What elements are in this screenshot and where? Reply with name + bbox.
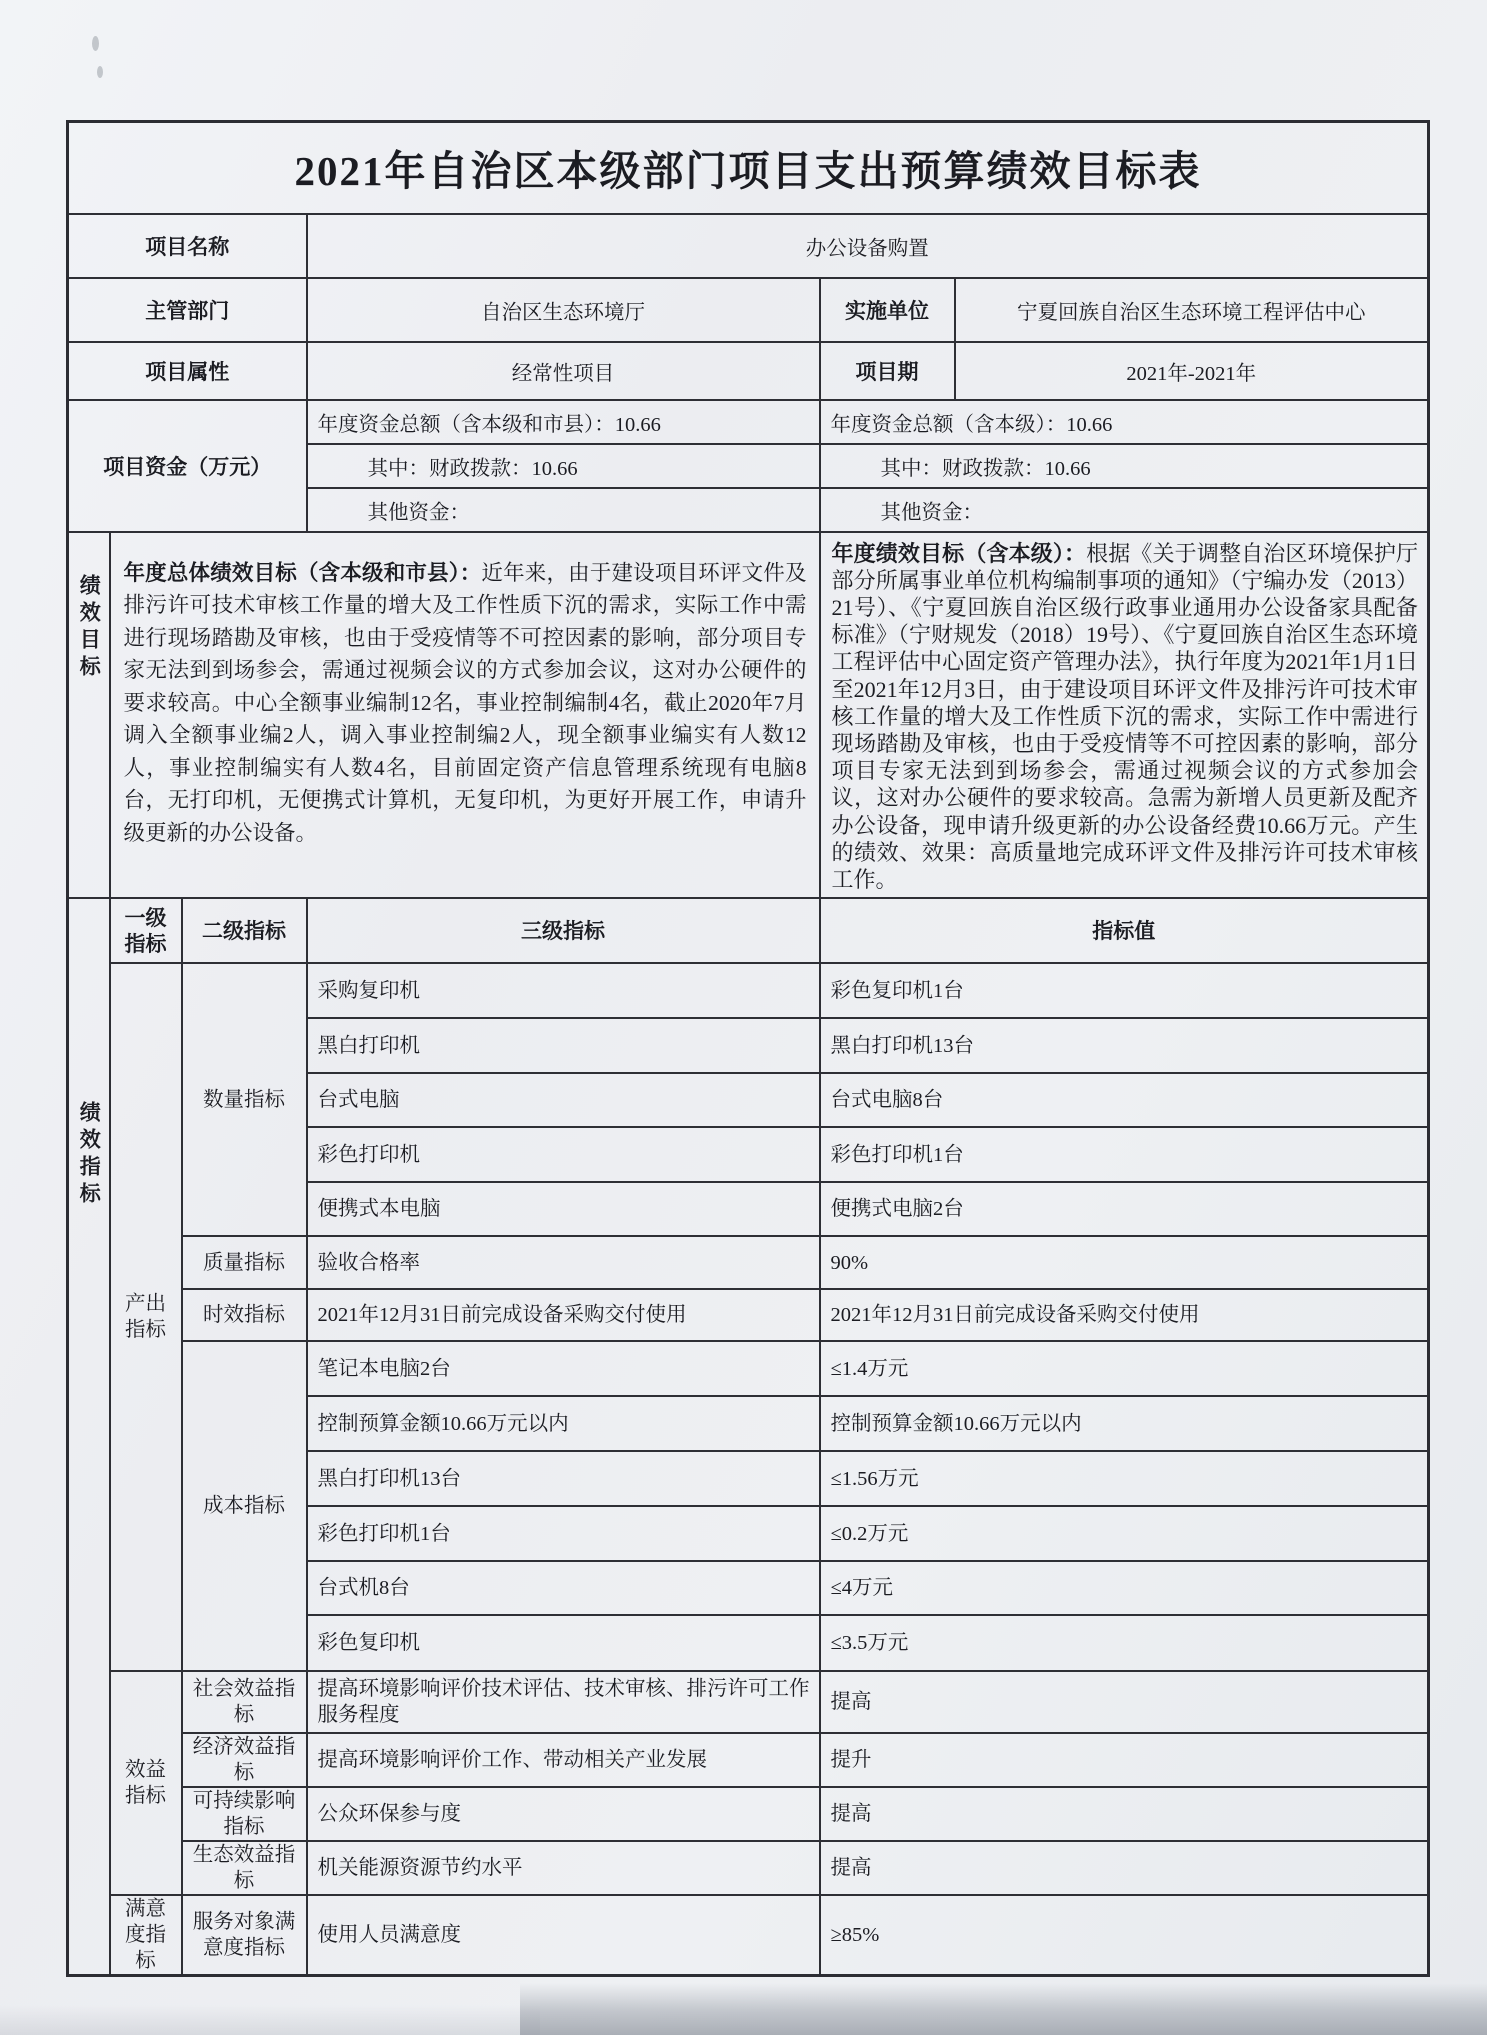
level2-quality: 质量指标 — [182, 1236, 307, 1289]
level2-sustainable: 可持续影响指标 — [182, 1787, 307, 1841]
scan-bottom-shadow — [520, 1983, 1487, 2035]
fund-left-other: 其他资金： — [307, 488, 820, 532]
goal-section-label: 绩效目标 — [68, 532, 110, 899]
indicator-value: 90% — [820, 1236, 1429, 1289]
indicator-l3: 笔记本电脑2台 — [307, 1341, 820, 1396]
indicator-l3: 机关能源资源节约水平 — [307, 1841, 820, 1895]
indicator-l3: 彩色打印机 — [307, 1127, 820, 1182]
impl-unit-label: 实施单位 — [820, 278, 955, 342]
indicator-l3: 彩色复印机 — [307, 1615, 820, 1671]
project-period-label: 项目期 — [820, 342, 955, 400]
indicator-value: ≤0.2万元 — [820, 1506, 1429, 1561]
dept-label: 主管部门 — [68, 278, 307, 342]
project-attr-label: 项目属性 — [68, 342, 307, 400]
level1-satisfaction: 满意度指标 — [110, 1895, 182, 1976]
fund-right-total: 年度资金总额（含本级）：10.66 — [820, 400, 1429, 444]
indicator-value: ≤3.5万元 — [820, 1615, 1429, 1671]
indicator-l3: 验收合格率 — [307, 1236, 820, 1289]
indicator-value: 便携式电脑2台 — [820, 1182, 1429, 1236]
indicator-value: 控制预算金额10.66万元以内 — [820, 1396, 1429, 1451]
table-row: 可持续影响指标 公众环保参与度 提高 — [68, 1787, 1429, 1841]
table-row: 满意度指标 服务对象满意度指标 使用人员满意度 ≥85% — [68, 1895, 1429, 1976]
level2-social: 社会效益指标 — [182, 1671, 307, 1733]
fund-left-appropriation: 其中：财政拨款：10.66 — [307, 444, 820, 488]
project-period-value: 2021年-2021年 — [955, 342, 1429, 400]
indicator-value: ≤1.4万元 — [820, 1341, 1429, 1396]
indicator-l3: 台式机8台 — [307, 1561, 820, 1615]
level2-service-satisfaction: 服务对象满意度指标 — [182, 1895, 307, 1976]
scan-artifact-speck — [97, 66, 103, 78]
annual-goal-text: 根据《关于调整自治区环境保护厅部分所属事业单位机构编制事项的通知》（宁编办发（2… — [832, 541, 1419, 892]
indicator-l3: 2021年12月31日前完成设备采购交付使用 — [307, 1289, 820, 1341]
overall-goal-text: 近年来，由于建设项目环评文件及排污许可技术审核工作量的增大及工作性质下沉的需求，… — [124, 561, 807, 845]
table-row: 时效指标 2021年12月31日前完成设备采购交付使用 2021年12月31日前… — [68, 1289, 1429, 1341]
overall-goal-lead: 年度总体绩效目标（含本级和市县）： — [124, 561, 482, 585]
document-title: 2021年自治区本级部门项目支出预算绩效目标表 — [68, 122, 1429, 214]
annual-goal-cell: 年度绩效目标（含本级）：根据《关于调整自治区环境保护厅部分所属事业单位机构编制事… — [820, 532, 1429, 899]
fund-right-other: 其他资金： — [820, 488, 1429, 532]
table-row: 经济效益指标 提高环境影响评价工作、带动相关产业发展 提升 — [68, 1733, 1429, 1787]
annual-goal-lead: 年度绩效目标（含本级）： — [832, 541, 1087, 566]
fund-label: 项目资金（万元） — [68, 400, 307, 532]
scanned-document-page: 2021年自治区本级部门项目支出预算绩效目标表 项目名称 办公设备购置 主管部门… — [0, 0, 1487, 2035]
indicator-l3: 台式电脑 — [307, 1073, 820, 1127]
header-value: 指标值 — [820, 898, 1429, 963]
indicator-l3: 便携式本电脑 — [307, 1182, 820, 1236]
fund-left-total: 年度资金总额（含本级和市县）：10.66 — [307, 400, 820, 444]
indicator-l3: 使用人员满意度 — [307, 1895, 820, 1976]
indicator-l3: 控制预算金额10.66万元以内 — [307, 1396, 820, 1451]
project-name-value: 办公设备购置 — [307, 214, 1429, 278]
indicator-value: ≥85% — [820, 1895, 1429, 1976]
indicator-section-label-text: 绩效指标 — [78, 1101, 99, 1209]
indicator-l3: 彩色打印机1台 — [307, 1506, 820, 1561]
indicator-value: 黑白打印机13台 — [820, 1018, 1429, 1073]
level2-economic: 经济效益指标 — [182, 1733, 307, 1787]
indicator-value: 提高 — [820, 1841, 1429, 1895]
indicator-value: 彩色打印机1台 — [820, 1127, 1429, 1182]
overall-goal-cell: 年度总体绩效目标（含本级和市县）：近年来，由于建设项目环评文件及排污许可技术审核… — [110, 532, 820, 899]
header-level3: 三级指标 — [307, 898, 820, 963]
table-row: 成本指标 笔记本电脑2台 ≤1.4万元 — [68, 1341, 1429, 1396]
level2-ecological: 生态效益指标 — [182, 1841, 307, 1895]
indicator-value: 提高 — [820, 1671, 1429, 1733]
indicator-l3: 采购复印机 — [307, 963, 820, 1018]
table-row: 质量指标 验收合格率 90% — [68, 1236, 1429, 1289]
indicator-value: ≤1.56万元 — [820, 1451, 1429, 1506]
table-row: 效益指标 社会效益指标 提高环境影响评价技术评估、技术审核、排污许可工作服务程度… — [68, 1671, 1429, 1733]
indicator-value: 2021年12月31日前完成设备采购交付使用 — [820, 1289, 1429, 1341]
performance-target-table: 2021年自治区本级部门项目支出预算绩效目标表 项目名称 办公设备购置 主管部门… — [66, 120, 1430, 1977]
level2-timeliness: 时效指标 — [182, 1289, 307, 1341]
dept-value: 自治区生态环境厅 — [307, 278, 820, 342]
level1-output: 产出指标 — [110, 963, 182, 1671]
level2-cost: 成本指标 — [182, 1341, 307, 1671]
indicator-value: 彩色复印机1台 — [820, 963, 1429, 1018]
header-level2: 二级指标 — [182, 898, 307, 963]
indicator-l3: 黑白打印机13台 — [307, 1451, 820, 1506]
indicator-l3: 黑白打印机 — [307, 1018, 820, 1073]
fund-right-appropriation: 其中：财政拨款：10.66 — [820, 444, 1429, 488]
header-level1: 一级指标 — [110, 898, 182, 963]
project-attr-value: 经常性项目 — [307, 342, 820, 400]
scan-bottom-shadow-left — [0, 2005, 540, 2035]
indicator-value: 提升 — [820, 1733, 1429, 1787]
indicator-value: ≤4万元 — [820, 1561, 1429, 1615]
indicator-value: 提高 — [820, 1787, 1429, 1841]
indicator-l3: 公众环保参与度 — [307, 1787, 820, 1841]
impl-unit-value: 宁夏回族自治区生态环境工程评估中心 — [955, 278, 1429, 342]
project-name-label: 项目名称 — [68, 214, 307, 278]
indicator-l3: 提高环境影响评价技术评估、技术审核、排污许可工作服务程度 — [307, 1671, 820, 1733]
goal-section-label-text: 绩效目标 — [78, 574, 99, 682]
indicator-value: 台式电脑8台 — [820, 1073, 1429, 1127]
table-row: 产出指标 数量指标 采购复印机 彩色复印机1台 — [68, 963, 1429, 1018]
level2-quantity: 数量指标 — [182, 963, 307, 1236]
scan-artifact-speck — [92, 36, 99, 51]
table-row: 生态效益指标 机关能源资源节约水平 提高 — [68, 1841, 1429, 1895]
indicator-l3: 提高环境影响评价工作、带动相关产业发展 — [307, 1733, 820, 1787]
indicator-section-label: 绩效指标 — [68, 898, 110, 1976]
level1-benefit: 效益指标 — [110, 1671, 182, 1895]
